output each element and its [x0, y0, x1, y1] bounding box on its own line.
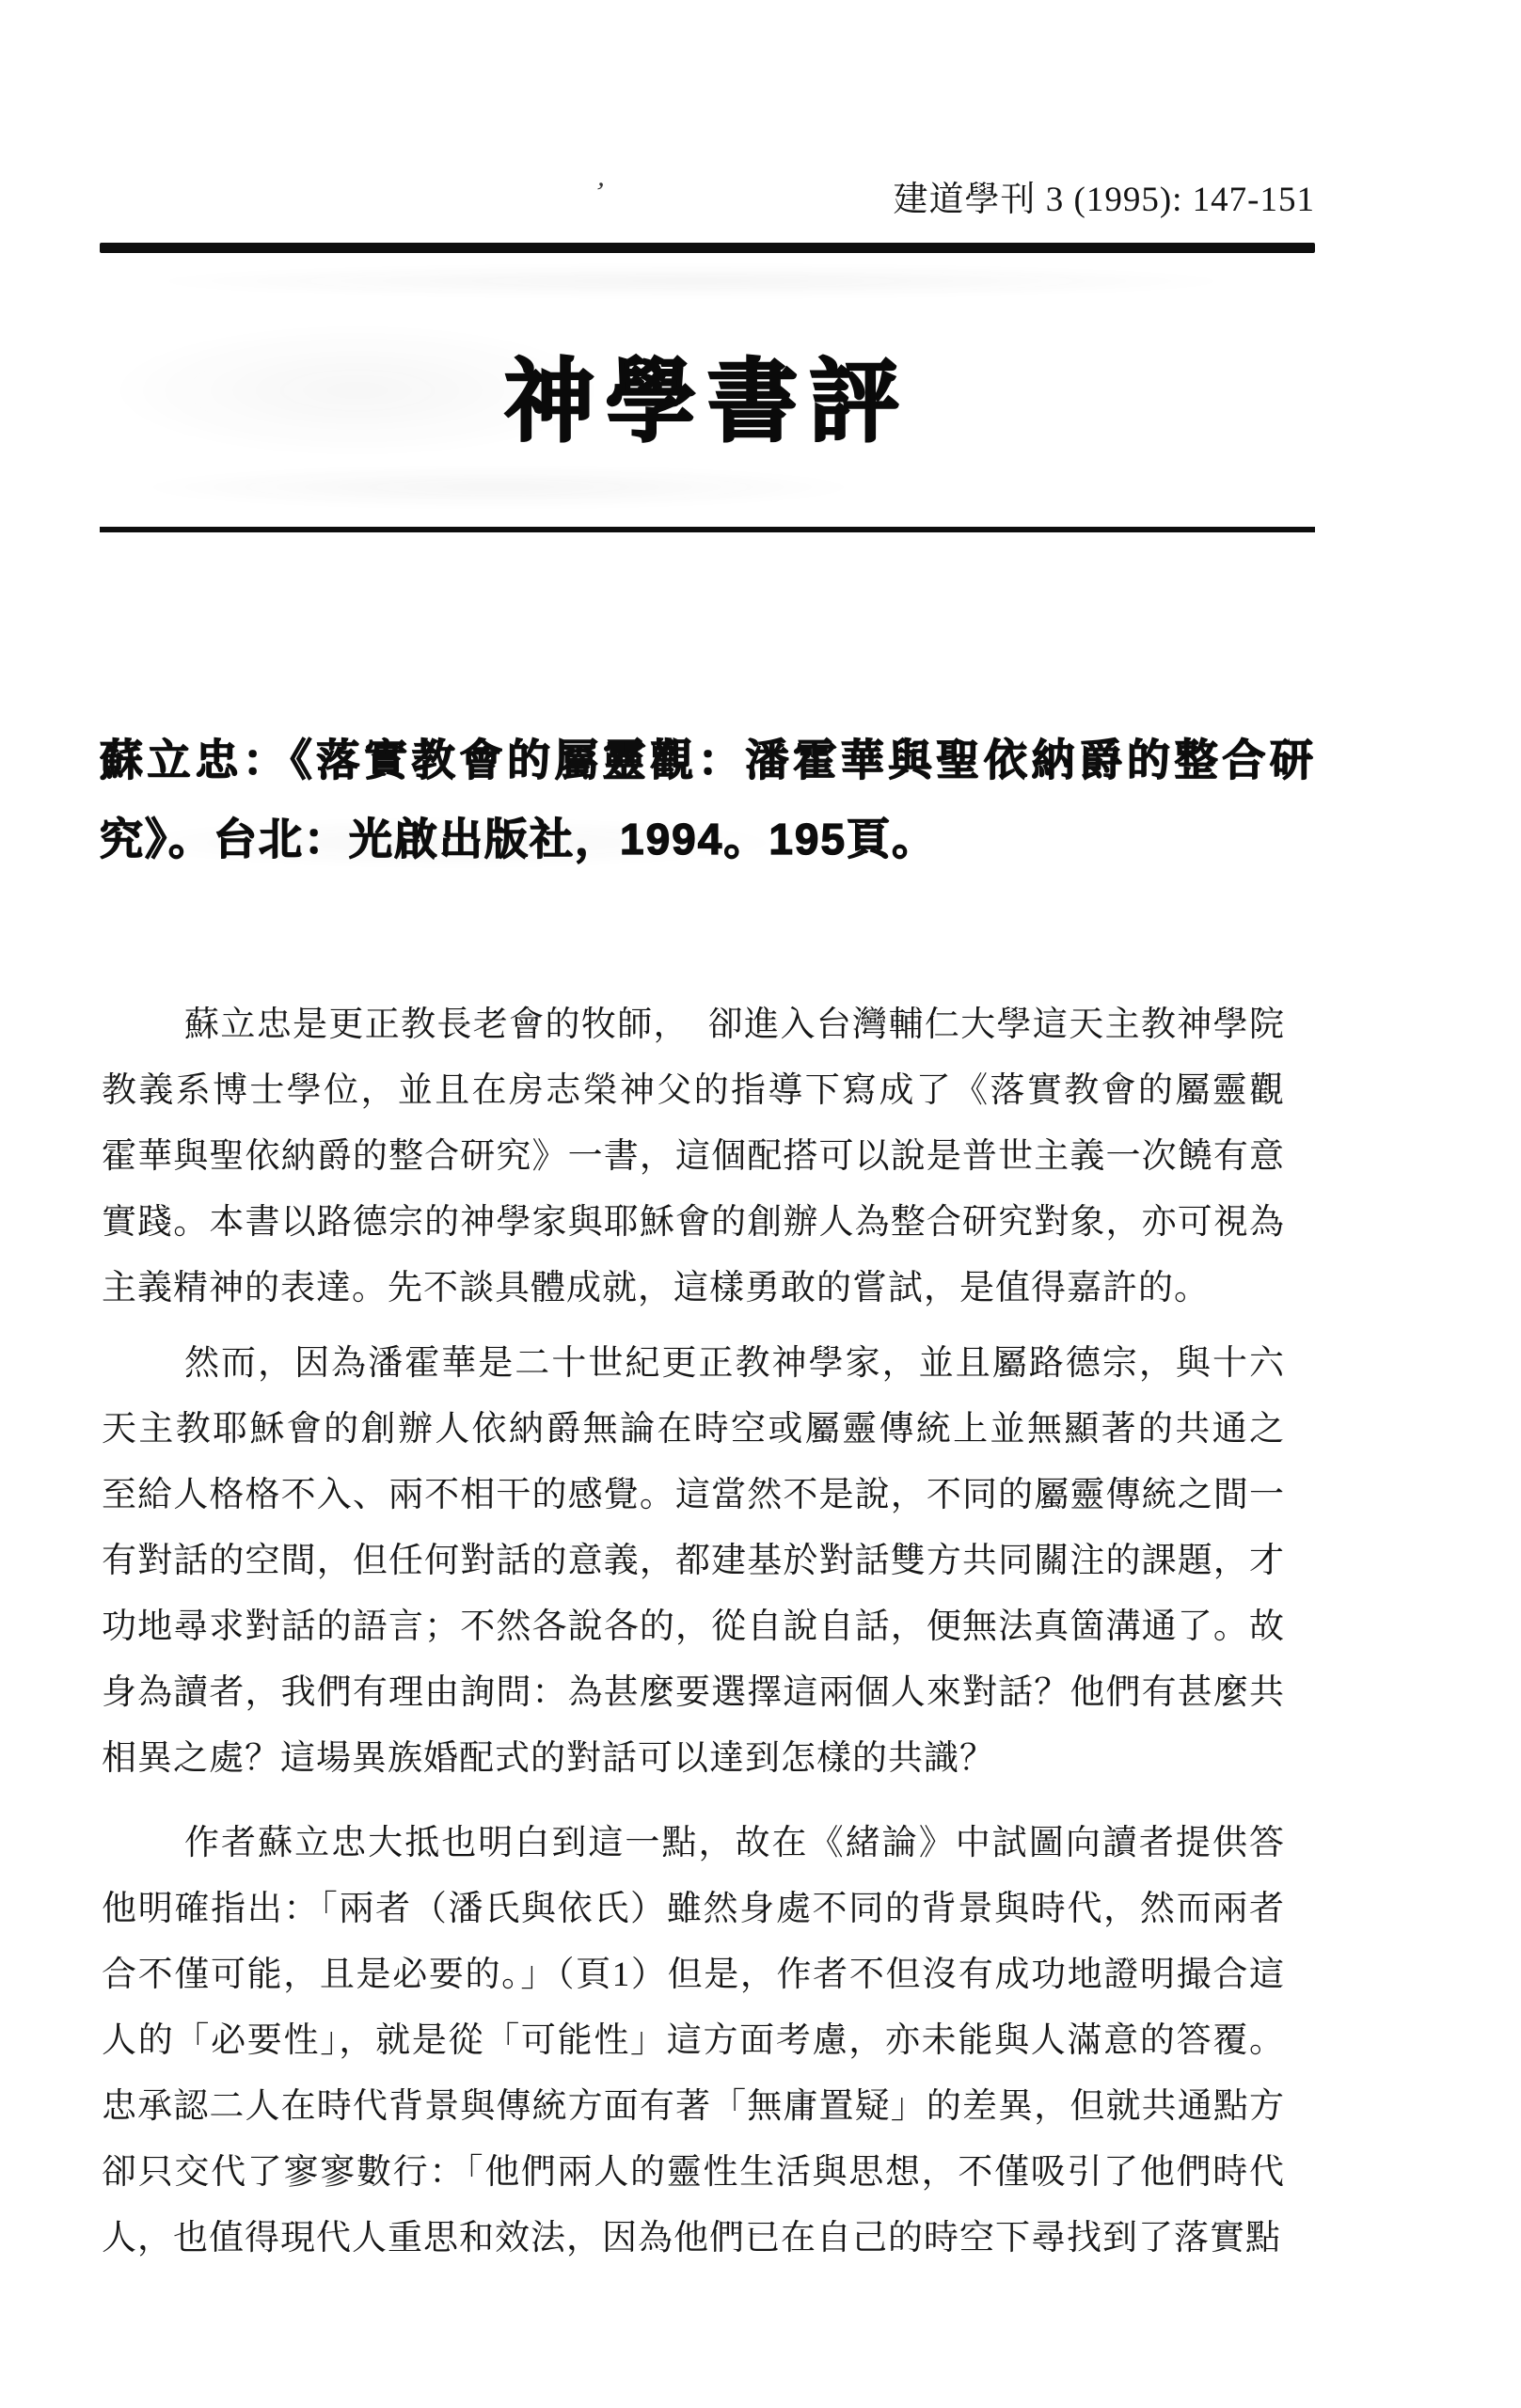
body-paragraph: 然而，因為潘霍華是二十世紀更正教神學家，並且屬路德宗，與十六世紀 天主教耶穌會的…: [102, 1331, 1285, 1792]
body-text-line: 作者蘇立忠大抵也明白到這一點，故在《緒論》中試圖向讀者提供答案。: [102, 1811, 1285, 1877]
body-text-line: 人的「必要性」，就是從「可能性」這方面考慮，亦未能與人滿意的答覆。蘇立: [102, 2008, 1285, 2074]
scanned-journal-page: 建道學刊 3 (1995): 147-151 ’ 神學書評 蘇立忠：《落實教會的…: [0, 0, 1521, 2408]
top-rule: [100, 243, 1315, 253]
body-text-line: 教義系博士學位，並且在房志榮神父的指導下寫成了《落實教會的屬靈觀——潘: [102, 1058, 1285, 1124]
body-text-line: 然而，因為潘霍華是二十世紀更正教神學家，並且屬路德宗，與十六世紀: [102, 1331, 1285, 1397]
body-paragraph: 蘇立忠是更正教長老會的牧師， 卻進入台灣輔仁大學這天主教神學院攻讀 教義系博士學…: [102, 992, 1285, 1322]
section-title: 神學書評: [100, 346, 1315, 459]
body-text-line: 功地尋求對話的語言；不然各說各的，從自說自話，便無法真箇溝通了。故此，: [102, 1594, 1285, 1660]
body-text-line: 實踐。本書以路德宗的神學家與耶穌會的創辦人為整合研究對象，亦可視為普世: [102, 1190, 1285, 1256]
scan-smudge: [113, 466, 884, 509]
body-text-line: 蘇立忠是更正教長老會的牧師， 卻進入台灣輔仁大學這天主教神學院攻讀: [102, 992, 1285, 1058]
book-heading-line: 蘇立忠：《落實教會的屬靈觀：潘霍華與聖依納爵的整合研: [100, 721, 1315, 800]
body-text-line: 他明確指出：「兩者（潘氏與依氏）雖然身處不同的背景與時代，然而兩者的整: [102, 1877, 1285, 1942]
journal-citation: 建道學刊 3 (1995): 147-151: [100, 179, 1315, 222]
book-bibliographic-heading: 蘇立忠：《落實教會的屬靈觀：潘霍華與聖依納爵的整合研 究》。台北：光啟出版社，1…: [100, 721, 1315, 879]
body-text-line: 忠承認二人在時代背景與傳統方面有著「無庸置疑」的差異，但就共通點方面，: [102, 2074, 1285, 2140]
body-text-line: 天主教耶穌會的創辦人依納爵無論在時空或屬靈傳統上並無顯著的共通之處，甚: [102, 1397, 1285, 1463]
body-text-line: 合不僅可能，且是必要的。」（頁1）但是，作者不但沒有成功地證明撮合這兩個: [102, 1942, 1285, 2008]
scan-smudge: [103, 265, 1279, 297]
body-text-line: 卻只交代了寥寥數行：「他們兩人的靈性生活與思想，不僅吸引了他們時代的: [102, 2140, 1285, 2206]
body-text-line: 霍華與聖依納爵的整合研究》一書，這個配搭可以說是普世主義一次饒有意思的: [102, 1124, 1285, 1190]
body-text-line: 身為讀者，我們有理由詢問：為甚麼要選擇這兩個人來對話？他們有甚麼共通或: [102, 1660, 1285, 1726]
body-text-line: 至給人格格不入、兩不相干的感覺。這當然不是說，不同的屬靈傳統之間一定沒: [102, 1463, 1285, 1529]
body-text-line: 相異之處？這場異族婚配式的對話可以達到怎樣的共識？: [102, 1726, 1285, 1792]
body-text-line: 主義精神的表達。先不談具體成就，這樣勇敢的嘗試，是值得嘉許的。: [102, 1256, 1285, 1322]
bottom-rule: [100, 527, 1315, 532]
body-text-line: 有對話的空間，但任何對話的意義，都建基於對話雙方共同關注的課題，才能成: [102, 1529, 1285, 1594]
body-text-line: 人，也值得現代人重思和效法，因為他們已在自己的時空下尋找到了落實點: [102, 2206, 1285, 2272]
book-heading-line: 究》。台北：光啟出版社，1994。195頁。: [100, 800, 1315, 879]
body-paragraph: 作者蘇立忠大抵也明白到這一點，故在《緒論》中試圖向讀者提供答案。 他明確指出：「…: [102, 1811, 1285, 2272]
